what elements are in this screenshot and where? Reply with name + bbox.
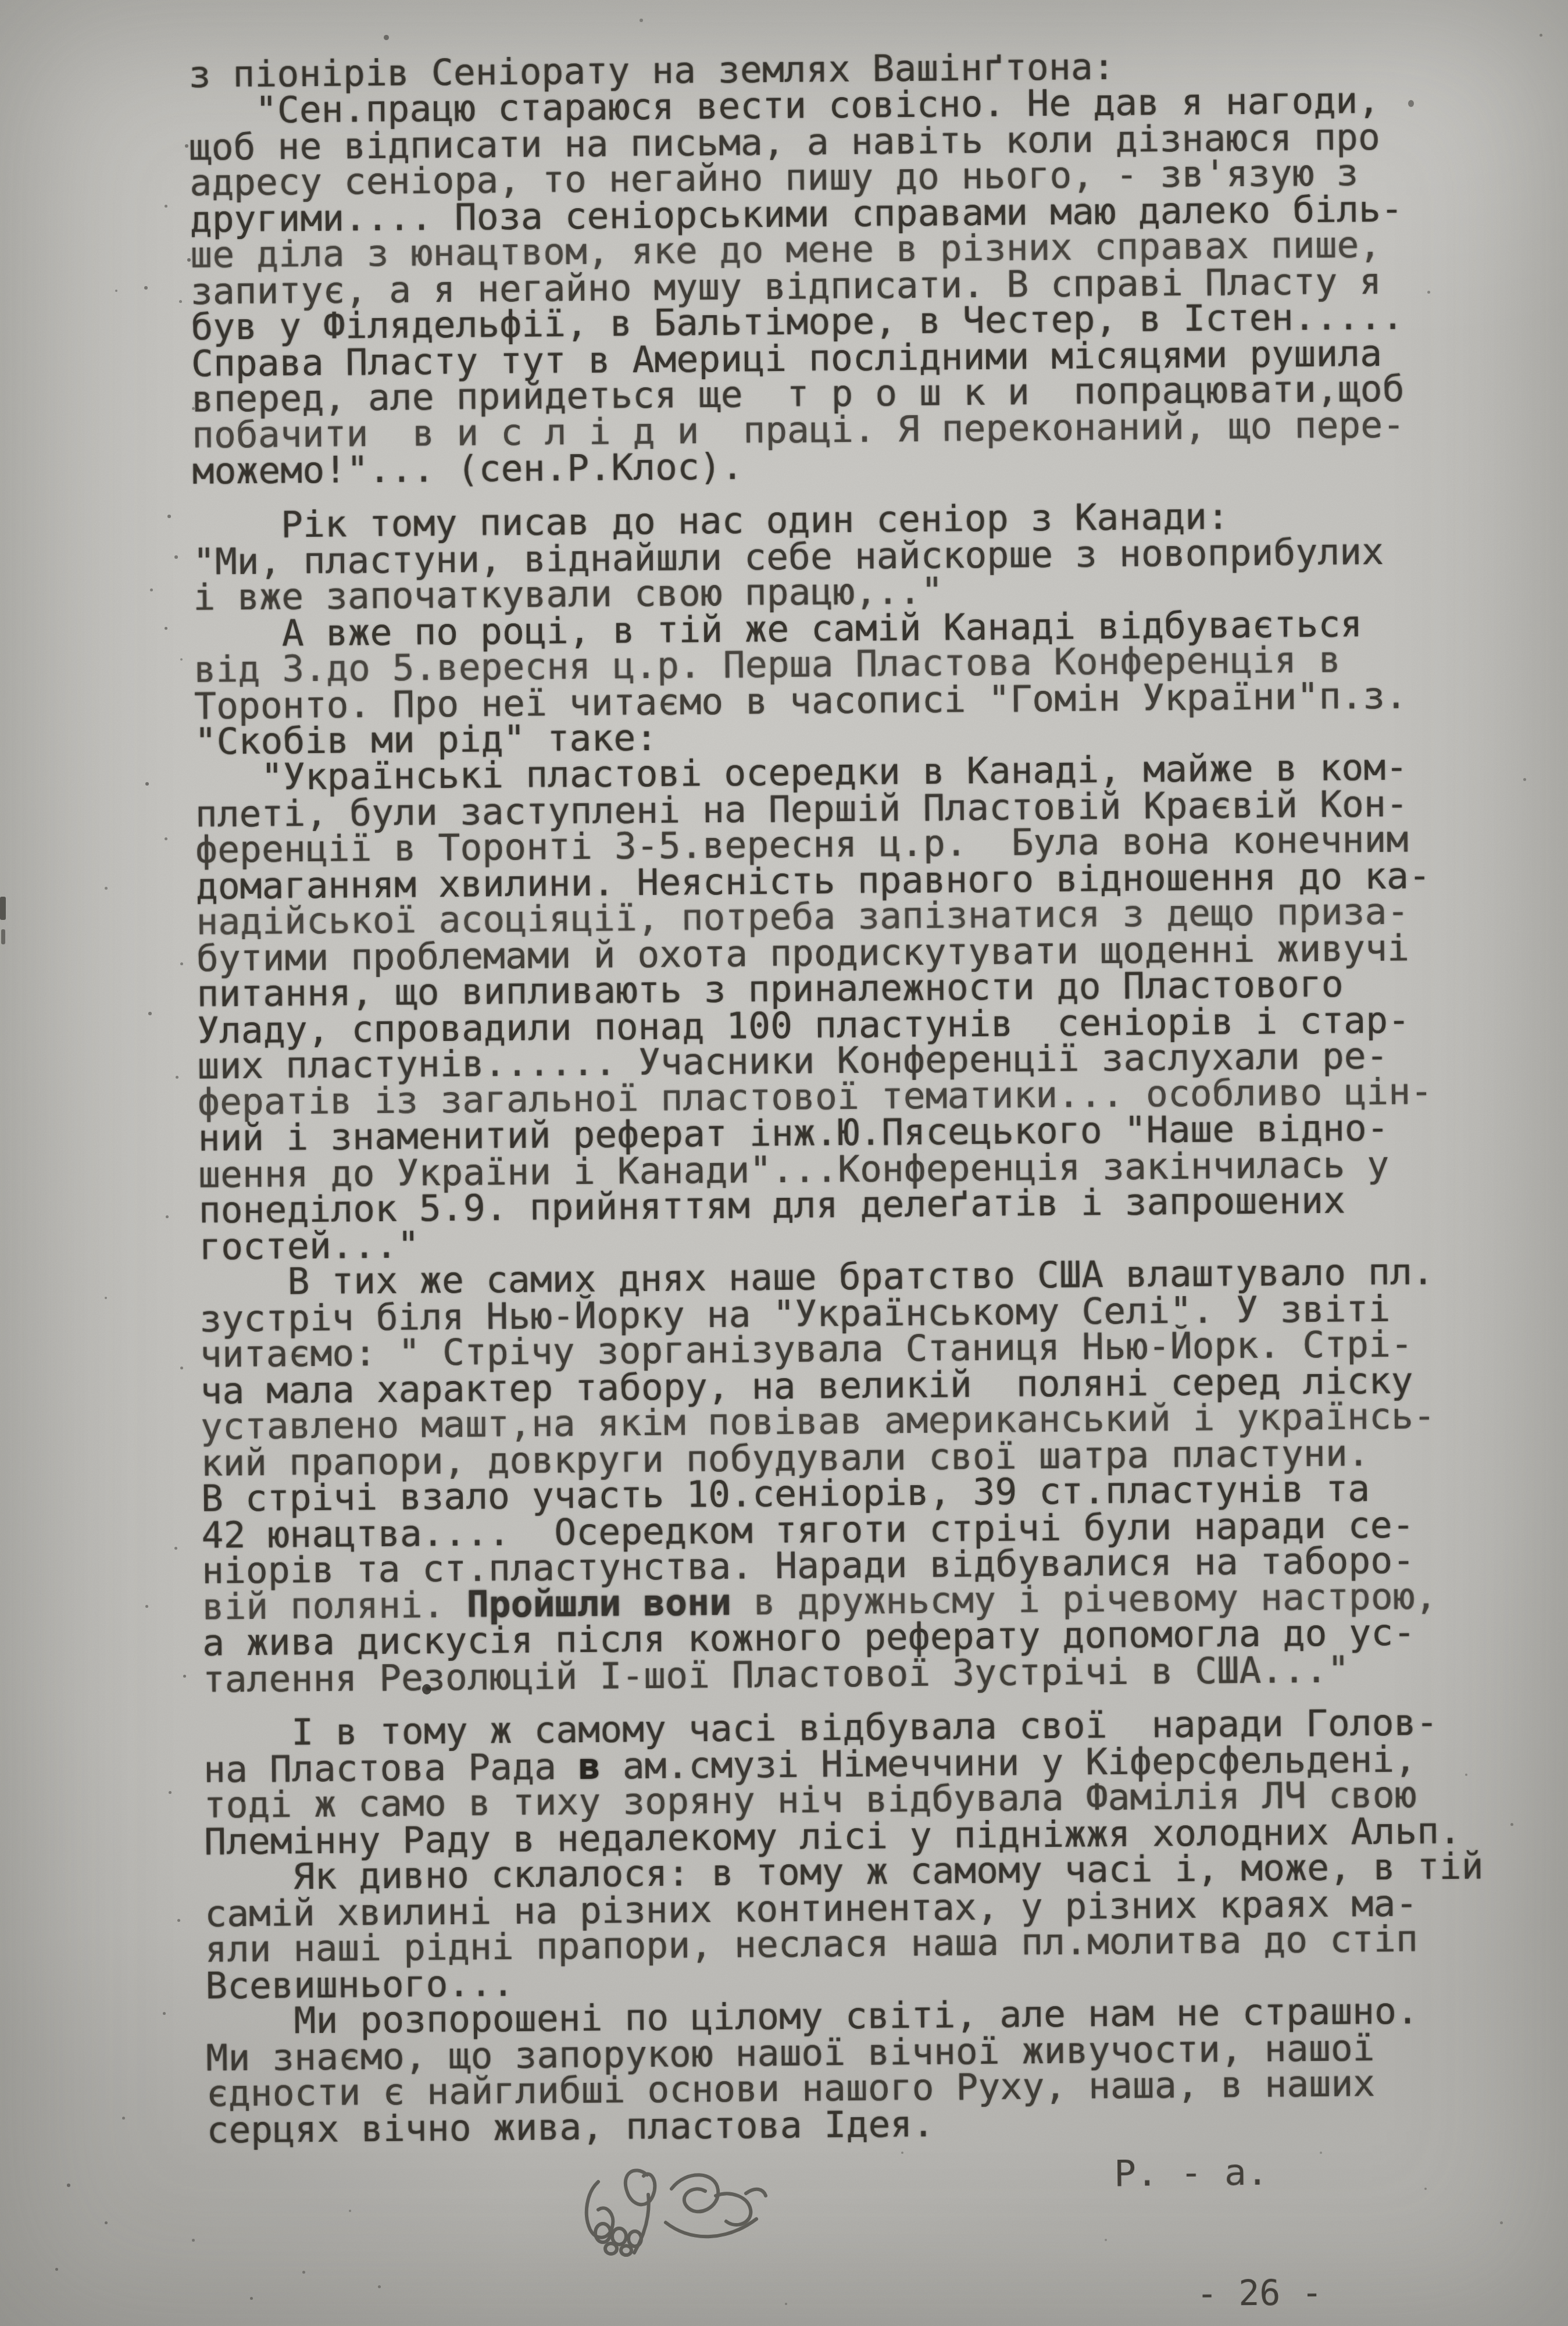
speck [180, 962, 183, 965]
paragraph: В тих же самих днях наше братство США вл… [199, 1253, 1505, 1697]
text-line: фератів із загальної пластової тематики.… [198, 1073, 1500, 1121]
speck [901, 2152, 903, 2154]
speck [115, 290, 117, 292]
speck [250, 2297, 253, 2300]
paragraph: "Українські пластові осередки в Канаді, … [195, 748, 1501, 1265]
speck [1523, 778, 1526, 781]
text-line: Племінну Раду в недалекому лісі у підніж… [204, 1813, 1506, 1860]
page-number: - 26 - [1196, 2275, 1323, 2312]
text-segment: в дружньсму і річевому настрою, [731, 1575, 1437, 1624]
speck [302, 2271, 305, 2274]
speck [384, 35, 389, 40]
speck [167, 515, 171, 518]
speck [185, 144, 188, 148]
speck [1424, 2188, 1427, 2190]
speck [105, 887, 108, 890]
paragraph: І в тому ж самому часі відбувала свої на… [203, 1704, 1506, 1860]
speck [183, 1675, 186, 1678]
speck [105, 2221, 108, 2224]
speck [1540, 34, 1542, 37]
speck [1320, 2152, 1322, 2154]
text-line: побачити в и с л і д и праці. Я перекона… [192, 406, 1494, 454]
speck [177, 1919, 180, 1922]
speck [640, 19, 643, 22]
paragraph: "Сен.працю стараюся вести совісно. Не да… [189, 81, 1495, 490]
paragraph: Рік тому писав до нас один сеніор з Кана… [192, 496, 1497, 760]
speck [165, 627, 167, 630]
speck [179, 300, 182, 303]
speck [145, 1605, 148, 1608]
paragraphs: з піонірів Сеніорату на землях Вашінґтон… [188, 45, 1509, 2147]
text-line: Торонто. Про неї читаємо в часописі "Гом… [194, 677, 1496, 725]
speck [0, 897, 6, 920]
speck [55, 2268, 58, 2271]
speck [144, 286, 148, 290]
paragraph: Ми розпорошені по цілому світі, але нам … [206, 1992, 1509, 2148]
speck [165, 837, 167, 840]
stamp-mark [578, 2159, 770, 2260]
scanned-document-page: з піонірів Сеніорату на землях Вашінґтон… [0, 0, 1568, 2326]
speck [174, 555, 178, 559]
speck [148, 1012, 152, 1015]
text-line: шення до України і Канади"...Конференція… [198, 1146, 1501, 1193]
speck [122, 2117, 125, 2120]
speck [150, 588, 153, 591]
speck [145, 782, 149, 786]
speck [785, 2303, 787, 2305]
text-line: запитує, а я негайно мушу відписати. В с… [191, 262, 1493, 310]
speck [1510, 1823, 1513, 1826]
speck [67, 2184, 70, 2187]
speck [1500, 2221, 1503, 2224]
text-line: вій поляні. Пройшли вони в дружньсму і р… [202, 1578, 1504, 1625]
speck [180, 1367, 183, 1369]
speck [1, 929, 5, 944]
speck [166, 1215, 169, 1218]
author-initials: Р. - а. [1114, 2154, 1269, 2192]
speck [192, 2239, 195, 2242]
paragraph: Як дивно склалося: в тому ж самому часі … [204, 1848, 1508, 2004]
speck [349, 2210, 351, 2212]
speck [105, 1297, 107, 1299]
text-line: бутими проблемами й охота продискутувати… [197, 929, 1499, 977]
typewritten-text: з піонірів Сеніорату на землях Вашінґтон… [188, 45, 1509, 2147]
text-segment: Всевишнього... [205, 1962, 515, 2007]
text-line: талення Резолюцій І-шої Пластової Зустрі… [202, 1650, 1505, 1698]
speck [169, 1791, 172, 1794]
speck [163, 2012, 166, 2015]
text-segment: серцях вічно жива, пластова Ідея. [206, 2102, 934, 2151]
speck [165, 205, 167, 208]
text-segment: вій поляні. [202, 1583, 467, 1628]
speck [378, 2285, 381, 2288]
bold-text: Пройшли вони [466, 1581, 731, 1625]
speck [176, 1076, 178, 1079]
speck [180, 658, 183, 661]
text-line: кий прапори, довкруги побудували свої ша… [201, 1434, 1503, 1482]
text-segment: гостей..." [199, 1223, 420, 1268]
speck [174, 1547, 177, 1550]
speck [1105, 2239, 1107, 2241]
text-line: серцях вічно жива, пластова Ідея. [206, 2101, 1509, 2149]
